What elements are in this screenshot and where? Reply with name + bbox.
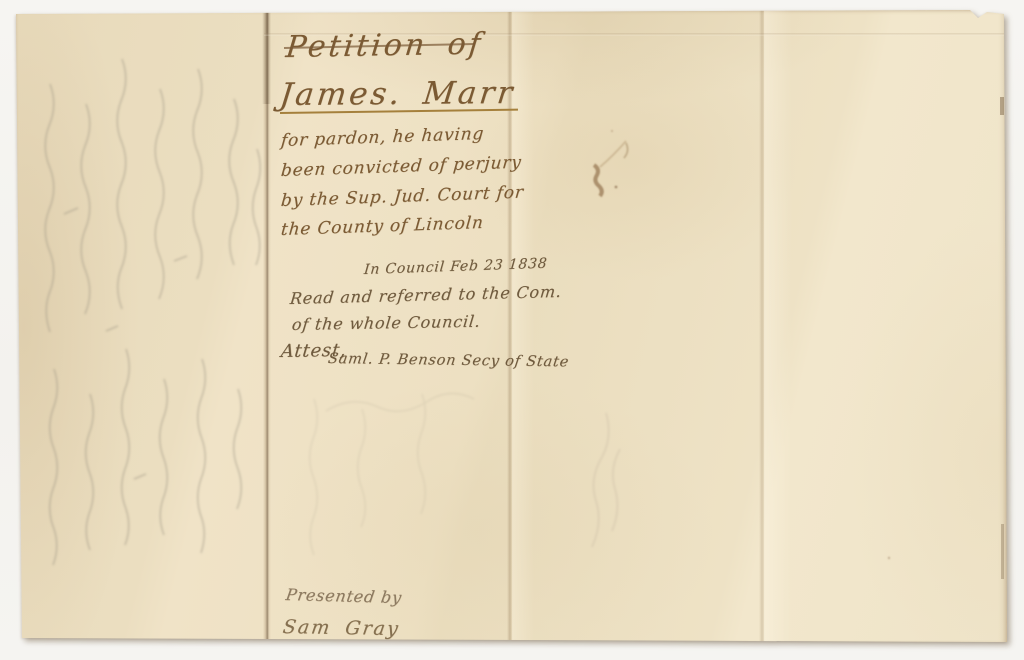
ink-stain <box>594 130 890 559</box>
paper-wrapper: Petition of James. Marr for pardon, he h… <box>14 9 1007 646</box>
signature-flourish <box>314 645 409 650</box>
read-referred-line: of the whole Council. <box>291 312 482 334</box>
bleedthrough-marks-right-panel <box>592 413 620 547</box>
presenter-signature: Sam Gray <box>281 616 401 640</box>
right-edge-marks <box>1000 97 1004 579</box>
secretary-signature: Saml. P. Benson Secy of State <box>327 351 570 370</box>
presented-by-label: Presented by <box>285 585 404 607</box>
document-scan: Petition of James. Marr for pardon, he h… <box>0 0 1024 660</box>
bleedthrough-writing-left-panel <box>45 59 260 565</box>
paper: Petition of James. Marr for pardon, he h… <box>14 9 1007 646</box>
title-line-2: James. Marr <box>278 75 517 113</box>
bleedthrough-writing-middle-panel <box>310 393 474 555</box>
